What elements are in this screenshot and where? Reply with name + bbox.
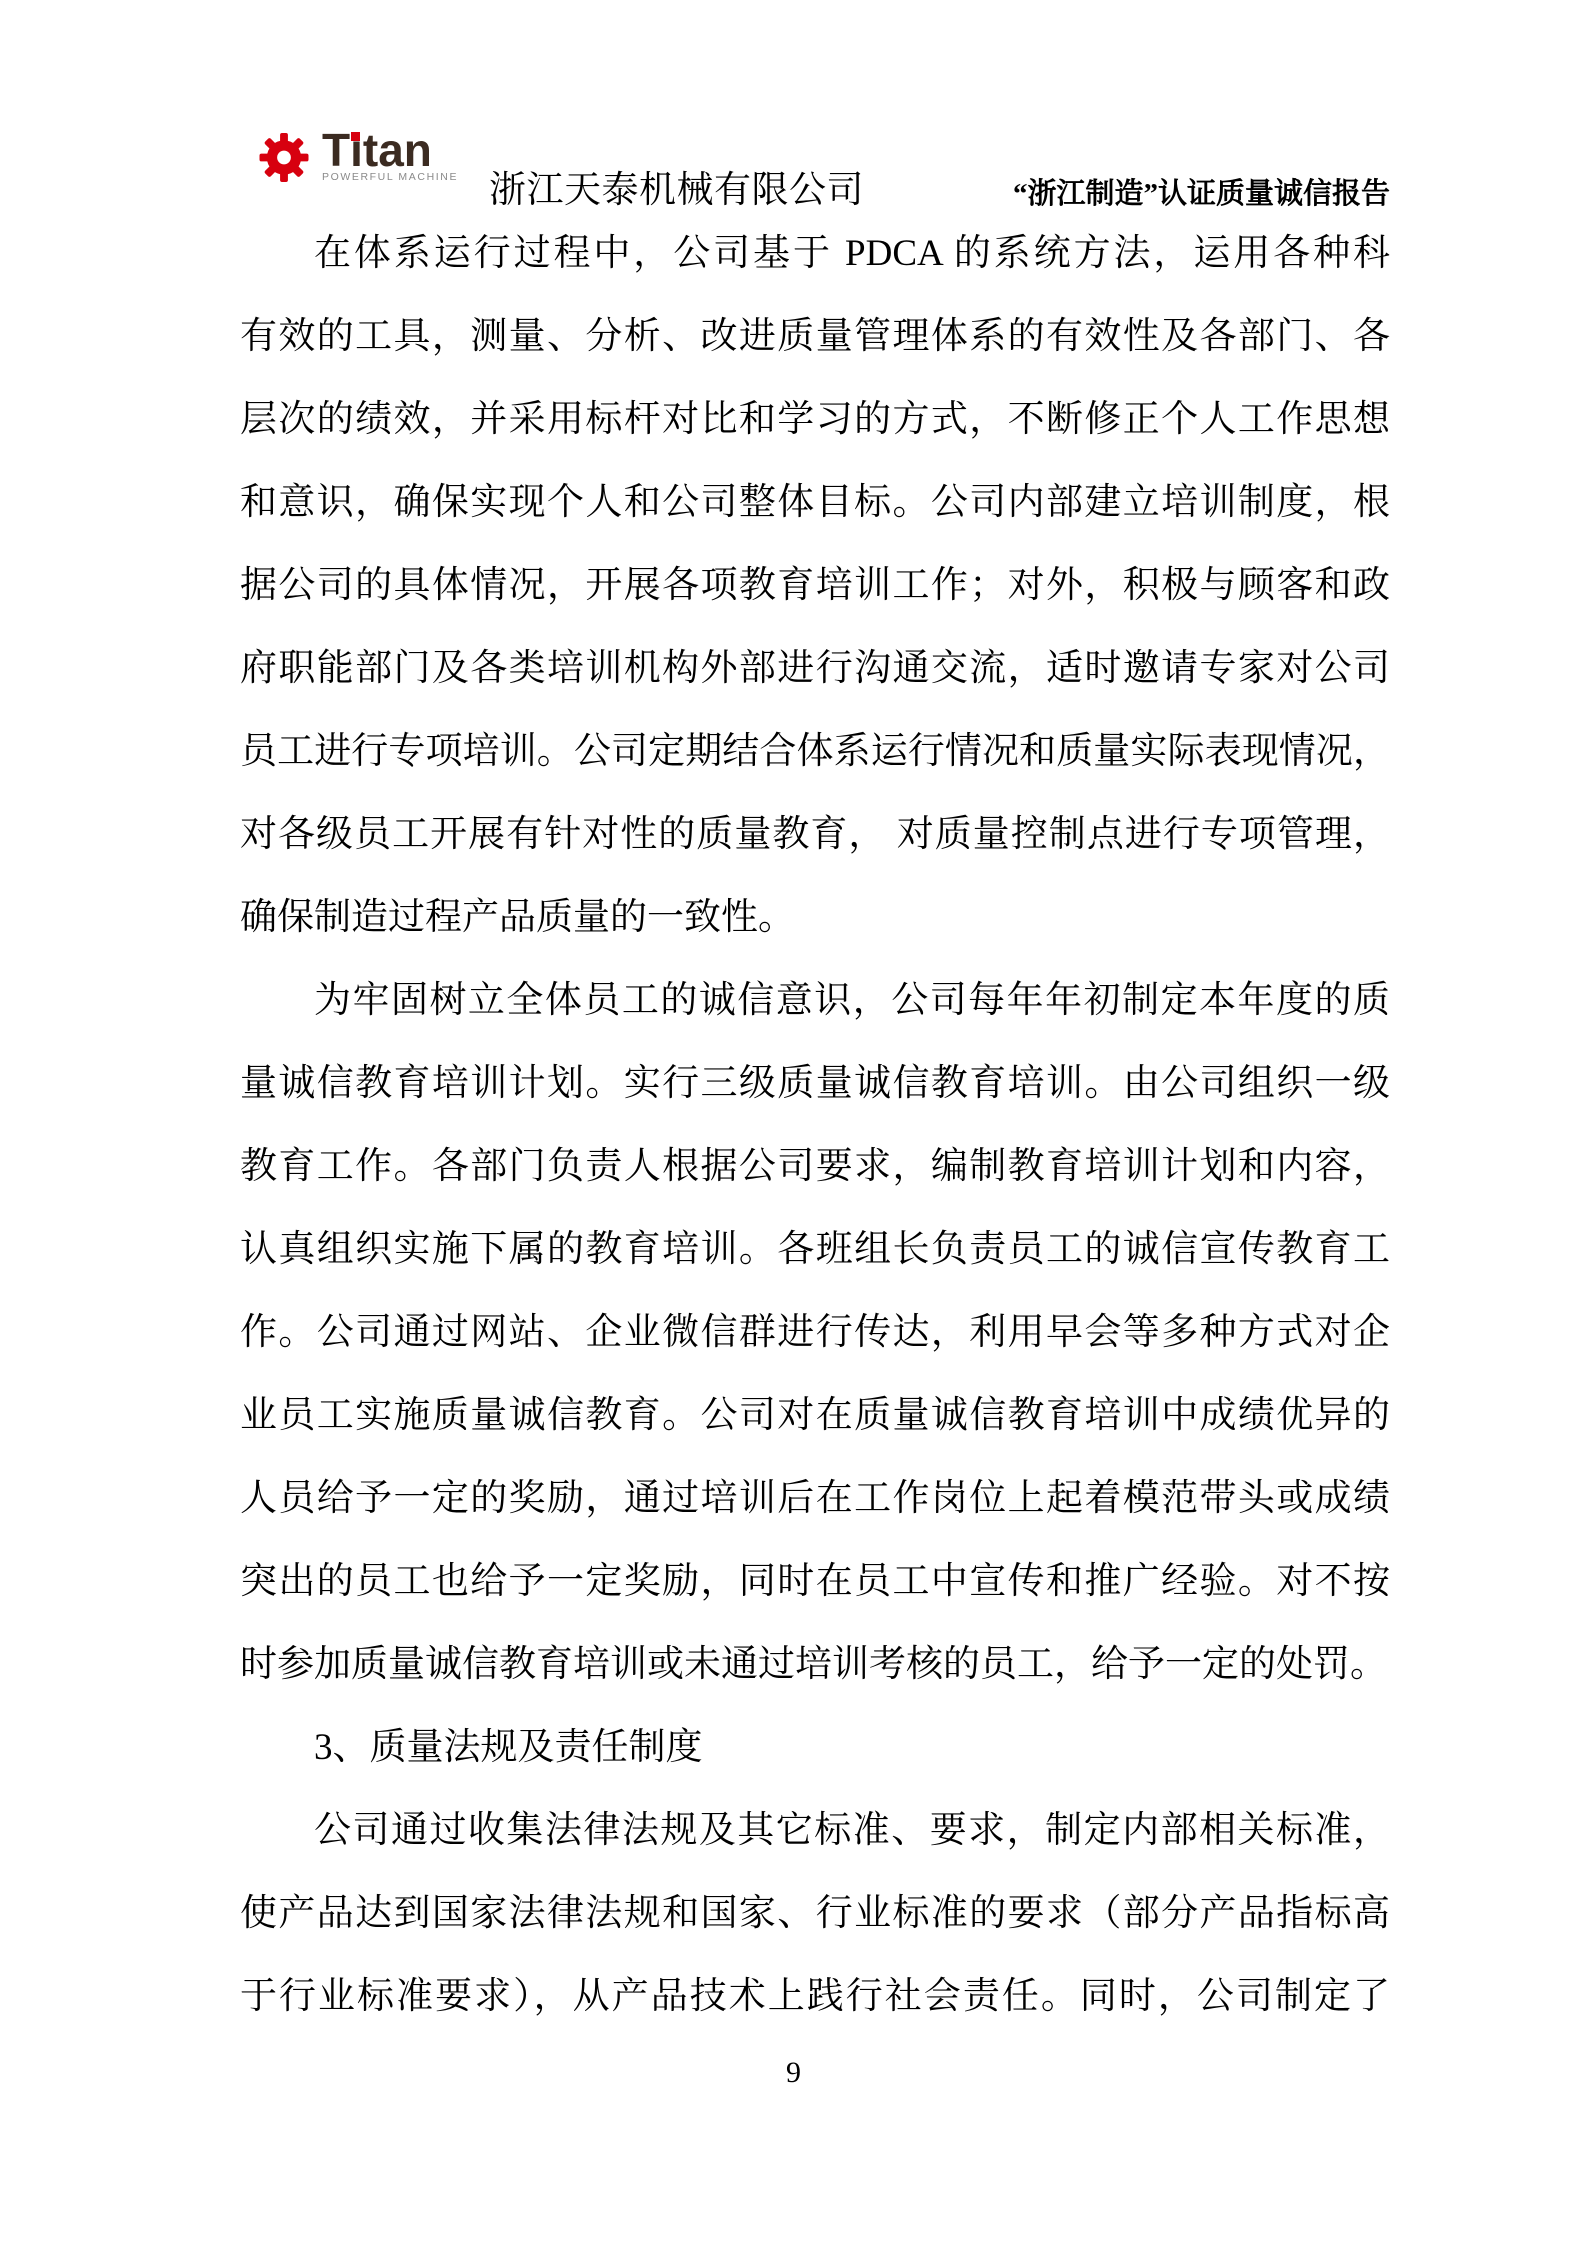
brand-text: Titan bbox=[322, 131, 458, 169]
text-line: 在体系运行过程中，公司基于 PDCA 的系统方法，运用各种科学、 bbox=[240, 212, 1390, 295]
text-line: 员工进行专项培训。公司定期结合体系运行情况和质量实际表现情况， bbox=[240, 710, 1390, 793]
text-line: 认真组织实施下属的教育培训。各班组长负责员工的诚信宣传教育工 bbox=[240, 1208, 1390, 1291]
text-line: 时参加质量诚信教育培训或未通过培训考核的员工，给予一定的处罚。 bbox=[240, 1623, 1390, 1706]
titan-logo: Titan POWERFUL MACHINE bbox=[258, 131, 458, 183]
brand-block: Titan POWERFUL MACHINE bbox=[322, 131, 458, 183]
text-line: 突出的员工也给予一定奖励，同时在员工中宣传和推广经验。对不按 bbox=[240, 1540, 1390, 1623]
document-page: Titan POWERFUL MACHINE 浙江天泰机械有限公司 “浙江制造”… bbox=[0, 0, 1587, 2245]
text-line: 和意识，确保实现个人和公司整体目标。公司内部建立培训制度，根 bbox=[240, 461, 1390, 544]
brand-tagline: POWERFUL MACHINE bbox=[322, 171, 458, 183]
text-line: 府职能部门及各类培训机构外部进行沟通交流，适时邀请专家对公司 bbox=[240, 627, 1390, 710]
section-heading: 3、质量法规及责任制度 bbox=[240, 1706, 1390, 1789]
document-lines: 在体系运行过程中，公司基于 PDCA 的系统方法，运用各种科学、有效的工具，测量… bbox=[240, 212, 1390, 2038]
text-line: 为牢固树立全体员工的诚信意识，公司每年年初制定本年度的质 bbox=[240, 959, 1390, 1042]
text-line: 对各级员工开展有针对性的质量教育， 对质量控制点进行专项管理， bbox=[240, 793, 1390, 876]
text-line: 量诚信教育培训计划。实行三级质量诚信教育培训。由公司组织一级 bbox=[240, 1042, 1390, 1125]
text-line: 确保制造过程产品质量的一致性。 bbox=[240, 876, 1390, 959]
company-name: 浙江天泰机械有限公司 bbox=[489, 170, 864, 212]
text-line: 于行业标准要求），从产品技术上践行社会责任。同时，公司制定了 bbox=[240, 1955, 1390, 2038]
text-line: 层次的绩效，并采用标杆对比和学习的方式，不断修正个人工作思想 bbox=[240, 378, 1390, 461]
text-line: 教育工作。各部门负责人根据公司要求，编制教育培训计划和内容， bbox=[240, 1125, 1390, 1208]
text-line: 业员工实施质量诚信教育。公司对在质量诚信教育培训中成绩优异的 bbox=[240, 1374, 1390, 1457]
text-line: 人员给予一定的奖励，通过培训后在工作岗位上起着模范带头或成绩 bbox=[240, 1457, 1390, 1540]
gear-icon bbox=[258, 133, 310, 182]
text-line: 公司通过收集法律法规及其它标准、要求，制定内部相关标准， bbox=[240, 1789, 1390, 1872]
report-title: “浙江制造”认证质量诚信报告 bbox=[975, 177, 1390, 211]
text-line: 使产品达到国家法律法规和国家、行业标准的要求（部分产品指标高 bbox=[240, 1872, 1390, 1955]
page-number: 9 bbox=[0, 2055, 1587, 2091]
text-line: 据公司的具体情况，开展各项教育培训工作；对外，积极与顾客和政 bbox=[240, 544, 1390, 627]
text-line: 有效的工具，测量、分析、改进质量管理体系的有效性及各部门、各 bbox=[240, 295, 1390, 378]
text-line: 作。公司通过网站、企业微信群进行传达，利用早会等多种方式对企 bbox=[240, 1291, 1390, 1374]
